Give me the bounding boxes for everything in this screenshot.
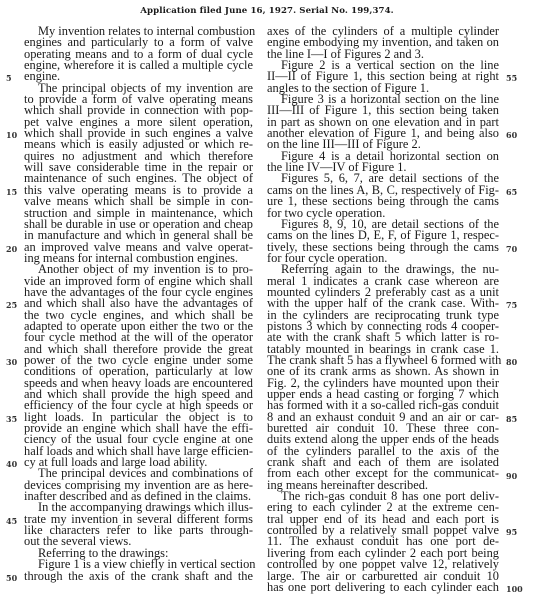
line-number: 55	[506, 73, 517, 83]
line-number: 25	[6, 300, 17, 310]
line-number: 35	[6, 414, 17, 424]
line-number: 100	[506, 584, 523, 594]
line-number: 15	[6, 187, 17, 197]
line-number: 85	[506, 414, 517, 424]
right-text-column: axes of the cylinders of a multiple cyli…	[267, 26, 499, 593]
line-number: 45	[6, 516, 17, 526]
text-line: has one port delivering to each cylinder…	[267, 582, 499, 593]
left-text-column: My invention relates to internal combust…	[24, 26, 253, 582]
line-number: 5	[6, 73, 12, 83]
line-number: 60	[506, 130, 517, 140]
line-number: 20	[6, 244, 17, 254]
line-number: 65	[506, 187, 517, 197]
line-number: 10	[6, 130, 17, 140]
page-header: Application filed June 16, 1927. Serial …	[0, 6, 534, 16]
line-number: 70	[506, 244, 517, 254]
line-number: 30	[6, 357, 17, 367]
text-line: through the axis of the crank shaft and …	[24, 571, 253, 582]
line-number: 90	[506, 471, 517, 481]
line-number: 95	[506, 527, 517, 537]
line-number: 40	[6, 459, 17, 469]
line-number: 75	[506, 300, 517, 310]
line-number: 80	[506, 357, 517, 367]
line-number: 50	[6, 573, 17, 583]
